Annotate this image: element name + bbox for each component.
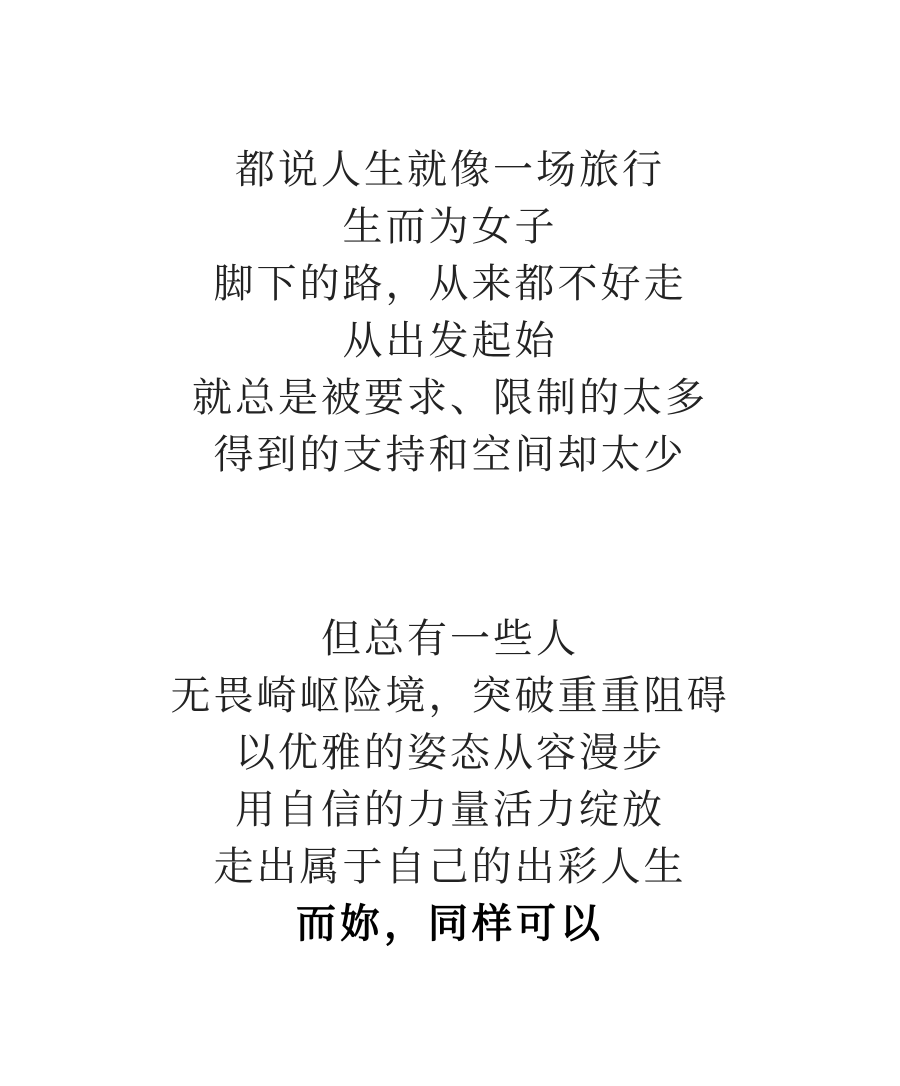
poem-line: 无畏崎岖险境，突破重重阻碍 xyxy=(0,668,900,725)
poem-line: 以优雅的姿态从容漫步 xyxy=(0,725,900,782)
stanza-2: 但总有一些人 无畏崎岖险境，突破重重阻碍 以优雅的姿态从容漫步 用自信的力量活力… xyxy=(0,611,900,953)
poem-line: 从出发起始 xyxy=(0,313,900,370)
poem-text-block: 都说人生就像一场旅行 生而为女子 脚下的路，从来都不好走 从出发起始 就总是被要… xyxy=(0,0,900,953)
poem-line: 脚下的路，从来都不好走 xyxy=(0,256,900,313)
poem-emphasis-line: 而妳，同样可以 xyxy=(0,896,900,953)
stanza-1: 都说人生就像一场旅行 生而为女子 脚下的路，从来都不好走 从出发起始 就总是被要… xyxy=(0,142,900,484)
poem-line: 生而为女子 xyxy=(0,199,900,256)
poem-line: 走出属于自己的出彩人生 xyxy=(0,839,900,896)
poem-line: 但总有一些人 xyxy=(0,611,900,668)
poem-line: 都说人生就像一场旅行 xyxy=(0,142,900,199)
poem-line: 得到的支持和空间却太少 xyxy=(0,427,900,484)
poem-line: 用自信的力量活力绽放 xyxy=(0,782,900,839)
poem-line: 就总是被要求、限制的太多 xyxy=(0,370,900,427)
